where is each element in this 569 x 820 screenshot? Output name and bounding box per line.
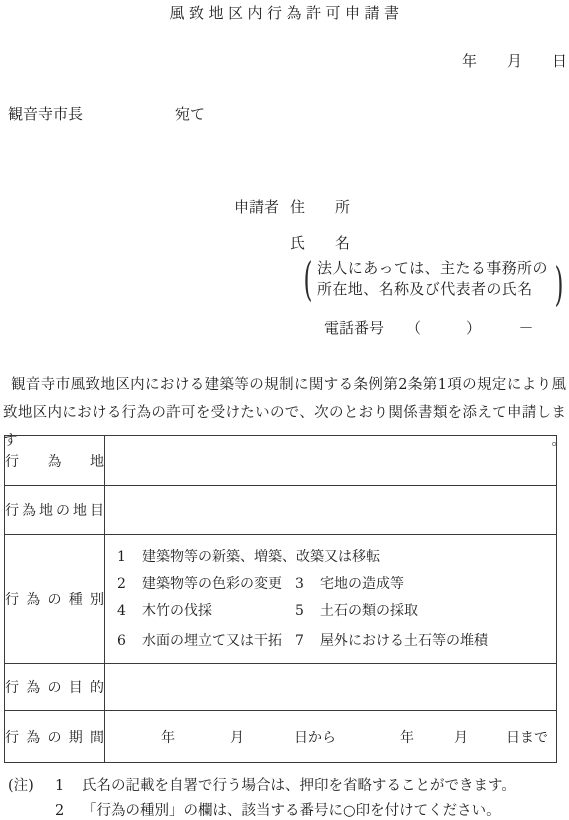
kind-option-text: 木竹の伐採 xyxy=(142,603,212,619)
row-label-action-period: 行為の期間 xyxy=(5,711,105,763)
kind-option-text: 水面の埋立て又は干拓 xyxy=(142,633,282,649)
body-line1: 観音寺市風致地区内における建築等の規制に関する条例第2条第1項の規定により風 xyxy=(3,371,566,399)
kind-option-line4: 6水面の埋立て又は干拓7屋外における土石等の堆積 xyxy=(117,628,556,655)
addressee-line: 観音寺市長宛て xyxy=(8,103,205,124)
open-paren-glyph: ( xyxy=(304,256,311,302)
page-title: 風致地区内行為許可申請書 xyxy=(0,2,569,23)
period-month-to: 月 xyxy=(454,727,468,747)
note-row-2: 2 「行為の種別」の欄は、該当する番号に○印を付けてください。 xyxy=(8,799,569,820)
addressee-suffix: 宛て xyxy=(175,105,205,123)
kind-option-num: 2 xyxy=(117,571,142,598)
table-row-action-period: 行為の期間 年月日から年月日まで xyxy=(5,711,557,763)
applicant-address-label: 住 所 xyxy=(290,198,350,216)
field-action-period: 年月日から年月日まで xyxy=(105,711,557,763)
kind-option-num: 7 xyxy=(295,628,320,655)
note-text: 氏名の記載を自署で行う場合は、押印を省略することができます。 xyxy=(82,774,569,799)
table-row-action-site: 行為地 xyxy=(5,436,557,486)
kind-option-num: 3 xyxy=(295,571,320,598)
table-row-action-purpose: 行為の目的 xyxy=(5,664,557,711)
period-year-to: 年 xyxy=(400,727,414,747)
corporate-note-line1: 法人にあっては、主たる事務所の xyxy=(317,258,548,279)
corporate-note-text: 法人にあっては、主たる事務所の 所在地、名称及び代表者の氏名 xyxy=(317,258,548,300)
date-line: 年 月 日 xyxy=(462,50,567,71)
kind-option-text: 土石の類の採取 xyxy=(320,603,418,619)
kind-option-num: 6 xyxy=(117,628,142,655)
note-row-1: (注) 1 氏名の記載を自署で行う場合は、押印を省略することができます。 xyxy=(8,774,569,799)
note-label: (注) xyxy=(8,774,55,799)
kind-option-text: 屋外における土石等の堆積 xyxy=(320,633,488,649)
note-number: 2 xyxy=(55,799,82,820)
note-number: 1 xyxy=(55,774,82,799)
kind-option-num: 1 xyxy=(117,544,142,571)
table-row-action-kind: 行為の種別 1建築物等の新築、増築、改築又は移転 2建築物等の色彩の変更3宅地の… xyxy=(5,535,557,664)
field-action-site xyxy=(105,436,557,486)
table-row-land-category: 行為地の地目 xyxy=(5,486,557,535)
row-label-action-site: 行為地 xyxy=(5,436,105,486)
applicant-name-line: 氏 名 xyxy=(290,232,350,253)
period-year-from: 年 xyxy=(161,727,175,747)
close-paren-glyph: ) xyxy=(554,261,561,307)
application-form-page: 風致地区内行為許可申請書 年 月 日 観音寺市長宛て 申請者住 所 氏 名 ( … xyxy=(0,0,569,820)
phone-line: 電話番号（ ） － xyxy=(324,317,534,338)
period-month-from: 月 xyxy=(230,727,244,747)
note-label-spacer xyxy=(8,799,55,820)
period-day-from: 日から xyxy=(294,727,336,747)
field-land-category xyxy=(105,486,557,535)
field-action-purpose xyxy=(105,664,557,711)
kind-option-line2: 2建築物等の色彩の変更3宅地の造成等 xyxy=(117,571,556,598)
applicant-label: 申請者 xyxy=(234,198,279,216)
row-label-action-kind: 行為の種別 xyxy=(5,535,105,664)
applicant-name-label: 氏 名 xyxy=(290,234,350,252)
phone-format: （ ） － xyxy=(406,319,534,337)
corporate-note: ( 法人にあっては、主たる事務所の 所在地、名称及び代表者の氏名 ) xyxy=(300,256,565,302)
row-label-land-category: 行為地の地目 xyxy=(5,486,105,535)
footnotes: (注) 1 氏名の記載を自署で行う場合は、押印を省略することができます。 2 「… xyxy=(8,774,569,820)
field-action-kind: 1建築物等の新築、増築、改築又は移転 2建築物等の色彩の変更3宅地の造成等 4木… xyxy=(105,535,557,664)
addressee-name: 観音寺市長 xyxy=(8,105,83,123)
period-day-to: 日まで xyxy=(506,727,548,747)
corporate-note-line2: 所在地、名称及び代表者の氏名 xyxy=(317,279,548,300)
application-table: 行為地 行為地の地目 行為の種別 1建築物等の新築、増築、改築又は移転 2建築物… xyxy=(4,435,557,763)
row-label-action-purpose: 行為の目的 xyxy=(5,664,105,711)
kind-option-text: 建築物等の色彩の変更 xyxy=(142,576,282,592)
kind-option-text: 宅地の造成等 xyxy=(320,576,404,592)
applicant-address-line: 申請者住 所 xyxy=(234,196,350,217)
kind-option-line3: 4木竹の伐採5土石の類の採取 xyxy=(117,598,556,625)
kind-option-line1: 1建築物等の新築、増築、改築又は移転 xyxy=(117,544,556,571)
phone-label: 電話番号 xyxy=(324,319,384,337)
kind-option-num: 4 xyxy=(117,598,142,625)
kind-option-num: 5 xyxy=(295,598,320,625)
kind-option-text: 建築物等の新築、増築、改築又は移転 xyxy=(142,549,380,565)
note-text: 「行為の種別」の欄は、該当する番号に○印を付けてください。 xyxy=(82,799,569,820)
